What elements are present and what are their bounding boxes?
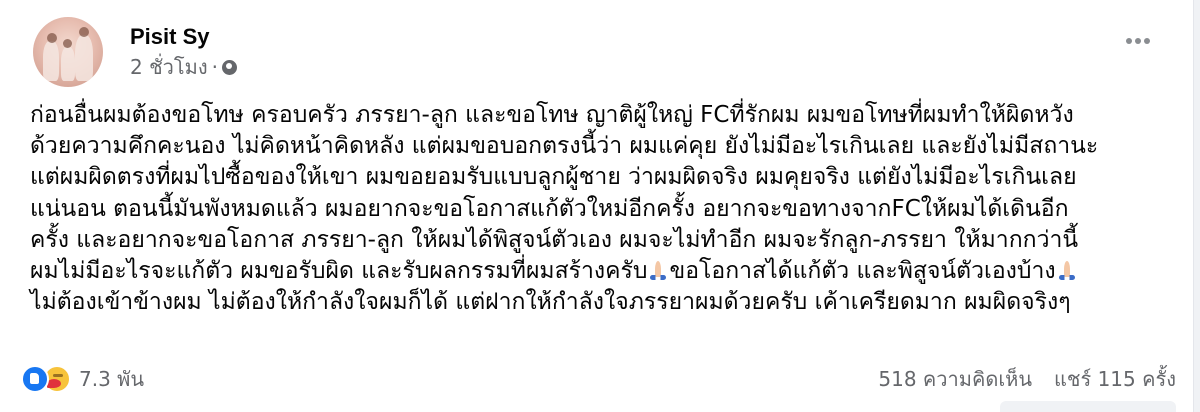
globe-icon xyxy=(222,60,237,75)
post-line: แต่ผมผิดตรงที่ผมไปซื้อของให้เขา ผมขอยอมร… xyxy=(30,162,1170,193)
post-line: ครั้ง และอยากจะขอโอกาส ภรรยา-ลูก ให้ผมได… xyxy=(30,225,1170,256)
folded-hands-icon xyxy=(649,259,667,281)
post-text: ก่อนอื่นผมต้องขอโทษ ครอบครัว ภรรยา-ลูก แ… xyxy=(30,100,1170,318)
post-time-row: 2 ชั่วโมง · xyxy=(130,53,237,81)
engagement-stats: 518 ความคิดเห็น แชร์ 115 ครั้ง xyxy=(878,363,1176,395)
more-horizontal-icon xyxy=(1126,38,1132,44)
more-dot xyxy=(1144,38,1150,44)
post-meta: Pisit Sy 2 ชั่วโมง · xyxy=(130,23,237,81)
post-line-segment: ผมไม่มีอะไรจะแก้ตัว ผมขอรับผิด และรับผลก… xyxy=(30,258,647,284)
post-footer: 7.3 พัน 518 ความคิดเห็น แชร์ 115 ครั้ง xyxy=(21,364,1176,394)
action-bar-edge xyxy=(1000,401,1176,412)
reactions-summary[interactable]: 7.3 พัน xyxy=(21,363,144,395)
like-icon xyxy=(21,365,49,393)
post-line: ก่อนอื่นผมต้องขอโทษ ครอบครัว ภรรยา-ลูก แ… xyxy=(30,100,1170,131)
post-line: ไม่ต้องเข้าข้างผม ไม่ต้องให้กำลังใจผมก็ไ… xyxy=(30,287,1170,318)
avatar[interactable] xyxy=(33,17,103,87)
post-line: ด้วยความคึกคะนอง ไม่คิดหน้าคิดหลัง แต่ผม… xyxy=(30,131,1170,162)
post-line-segment: ขอโอกาสได้แก้ตัว และพิสูจน์ตัวเองบ้าง xyxy=(669,258,1055,284)
post-timestamp[interactable]: 2 ชั่วโมง xyxy=(130,53,208,81)
comments-count[interactable]: 518 ความคิดเห็น xyxy=(878,363,1032,395)
more-options-button[interactable] xyxy=(1126,38,1150,44)
separator: · xyxy=(212,53,218,81)
shares-count[interactable]: แชร์ 115 ครั้ง xyxy=(1054,363,1176,395)
post-line-with-emoji: ผมไม่มีอะไรจะแก้ตัว ผมขอรับผิด และรับผลก… xyxy=(30,256,1170,287)
post-line: แน่นอน ตอนนี้มันพังหมดแล้ว ผมอยากจะขอโอก… xyxy=(30,194,1170,225)
post-card: Pisit Sy 2 ชั่วโมง · ก่อนอื่นผมต้องขอโทษ… xyxy=(0,0,1200,412)
post-header: Pisit Sy 2 ชั่วโมง · xyxy=(33,17,237,87)
folded-hands-icon xyxy=(1058,259,1076,281)
reaction-count[interactable]: 7.3 พัน xyxy=(79,363,144,395)
author-name[interactable]: Pisit Sy xyxy=(130,23,237,51)
card-edge xyxy=(1193,0,1200,412)
more-dot xyxy=(1135,38,1141,44)
